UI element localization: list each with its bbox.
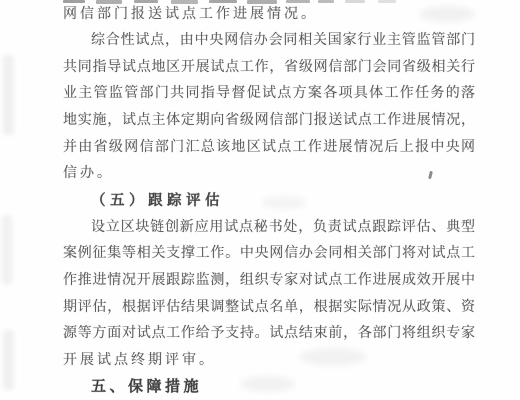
text-line: 案例征集等相关支撑工作。中央网信办会同相关部门将对试点工 xyxy=(63,241,475,268)
section-main-heading: 五、保障措施 xyxy=(63,374,475,400)
text-line: 信办。 xyxy=(63,161,475,188)
section-sub-heading: （五）跟踪评估 xyxy=(63,188,475,215)
text-line: 地实施，试点主体定期向省级网信部门报送试点工作进展情况， xyxy=(63,108,475,135)
text-line: 共同指导试点地区开展试点工作，省级网信部门会同省级相关行 xyxy=(63,55,475,82)
text-line: 设立区块链创新应用试点秘书处，负责试点跟踪评估、典型 xyxy=(63,215,475,242)
text-line: 网信部门报送试点工作进展情况。 xyxy=(63,2,475,29)
text-line: 作推进情况开展跟踪监测，组织专家对试点工作进展成效开展中 xyxy=(63,268,475,295)
document-text: 网信部门报送试点工作进展情况。 综合性试点，由中央网信办会同相关国家行业主管监管… xyxy=(63,2,475,400)
text-line: 业主管监管部门共同指导督促试点方案各项具体工作任务的落 xyxy=(63,81,475,108)
text-line: 源等方面对试点工作给予支持。试点结束前，各部门将组织专家 xyxy=(63,321,475,348)
text-line: 综合性试点，由中央网信办会同相关国家行业主管监管部门 xyxy=(63,28,475,55)
document-page: 网信部门报送试点工作进展情况。 综合性试点，由中央网信办会同相关国家行业主管监管… xyxy=(0,0,520,400)
text-line: 期评估，根据评估结果调整试点名单，根据实际情况从政策、资 xyxy=(63,295,475,322)
text-line: 开展试点终期评审。 xyxy=(63,348,475,375)
text-line: 并由省级网信部门汇总该地区试点工作进展情况后上报中央网 xyxy=(63,135,475,162)
